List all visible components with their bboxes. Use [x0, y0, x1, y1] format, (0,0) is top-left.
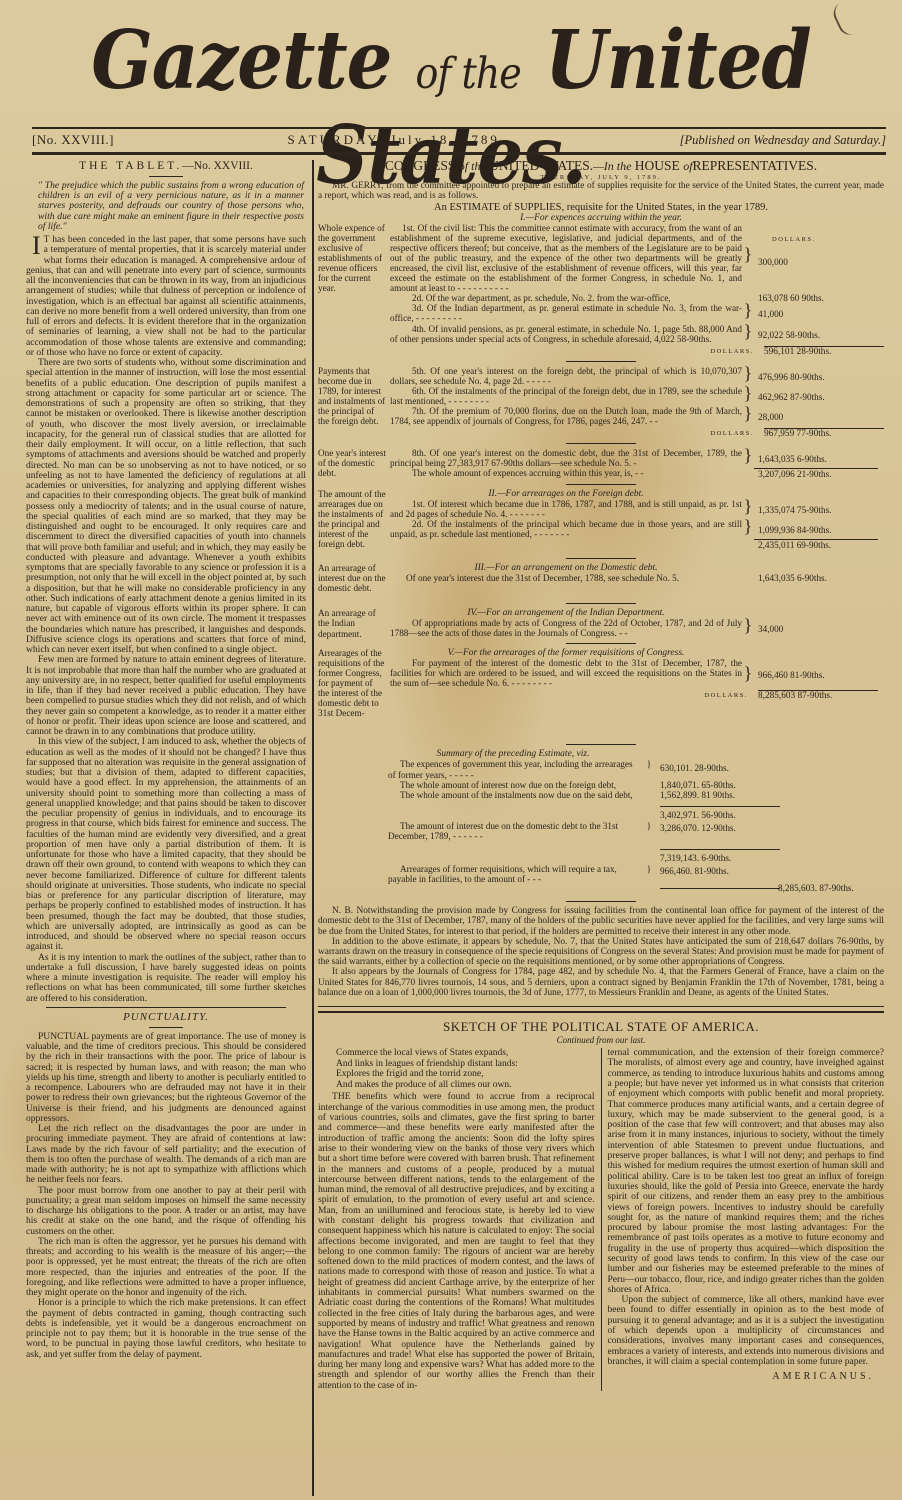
brace-icon: }	[638, 864, 660, 885]
amount-value: 300,000	[758, 257, 878, 267]
margin-note: Payments that become due in 1789, for in…	[318, 366, 390, 427]
estimate-group: An arrearage of interest due on the dome…	[318, 563, 884, 593]
estimate-item: Of one year's interest due the 31st of D…	[390, 573, 878, 583]
divider	[566, 558, 636, 559]
summary-row: Arrearages of former requisitions, which…	[388, 864, 828, 885]
estimate-item: 5th. Of one year's interest on the forei…	[390, 366, 878, 386]
margin-note: One year's interest of the domestic debt…	[318, 448, 390, 479]
verse-line: Explores the frigid and the torrid zone,	[318, 1069, 595, 1080]
verse-line: Commerce the local views of States expan…	[318, 1048, 595, 1059]
margin-note: Whole expence of the government exclusiv…	[318, 223, 390, 344]
heading-part: of	[683, 159, 692, 173]
summary-row: The whole amount of interest now due on …	[388, 780, 828, 790]
summary-amount: 3,402,971. 56-90ths.	[660, 806, 780, 820]
grand-total-row: DOLLARS. 8,285,603 87-90ths.	[390, 690, 878, 701]
summary-text-spacer	[388, 888, 638, 889]
estimate-item: 3d. Of the Indian department, as pr. gen…	[390, 303, 878, 323]
item-text: 7th. Of the premium of 70,000 florins, d…	[390, 406, 742, 426]
section-rule	[318, 1006, 884, 1013]
summary-row: The expences of government this year, in…	[388, 759, 828, 780]
brace-icon: }	[742, 406, 754, 426]
brace-icon: }	[742, 448, 754, 468]
heading-part: REPRESENTATIVES.	[693, 158, 818, 173]
summary-grand-total: 8,285,603. 87-90ths.	[778, 883, 854, 893]
estimate-item: 2,435,011 69-90ths.	[390, 539, 878, 550]
brace-spacer	[638, 849, 660, 863]
item-amount: DOLLARS. 300,000	[754, 223, 878, 294]
summary-amount: 3,286,070. 12-90ths.	[660, 821, 780, 842]
item-text: 1st. Of interest which became due in 178…	[390, 499, 742, 519]
brace-icon: }	[638, 759, 660, 780]
dollars-label: DOLLARS.	[704, 692, 748, 699]
tablet-number: —No. XXVIII.	[182, 160, 253, 172]
heading-part: CONGRESS	[385, 158, 456, 173]
summary-text: The amount of interest due on the domest…	[388, 821, 638, 842]
estimate-item: For payment of the interest of the domes…	[390, 658, 878, 688]
estimate-item: 2d. Of the war department, as pr. schedu…	[390, 293, 878, 303]
item-amount: 476,996 80-90ths.	[754, 366, 878, 386]
brace-spacer	[638, 780, 660, 790]
estimate-item: Of appropriations made by acts of Congre…	[390, 618, 878, 638]
brace-icon: }	[742, 324, 754, 344]
tablet-heading: THE TABLET.—No. XXVIII.	[26, 160, 306, 172]
estimate-group: Payments that become due in 1789, for in…	[318, 366, 884, 427]
item-amount: 163,078 60 90ths.	[754, 293, 878, 303]
masthead-rule-top	[32, 127, 886, 129]
summary-amount: 1,562,899. 81 90ths.	[660, 790, 780, 800]
divider	[566, 361, 636, 362]
summary-total-row: 8,285,603. 87-90ths.	[388, 888, 828, 889]
title-gazette: Gazette	[91, 12, 391, 107]
summary-amount: 966,460. 81-90ths.	[660, 864, 780, 885]
summary-text-spacer	[388, 806, 638, 820]
issue-date: SATURDAY, July 18, 1789.	[287, 132, 506, 148]
item-text: 1st. Of the civil list: This the committ…	[390, 223, 742, 294]
estimate-group: One year's interest of the domestic debt…	[318, 448, 884, 479]
divider	[149, 176, 183, 177]
column-divider	[601, 1048, 602, 1391]
estimate-group: Arrearages of the requisitions of the fo…	[318, 648, 884, 719]
publication-schedule: [Published on Wednesday and Saturday.]	[680, 133, 886, 148]
estimate-group: An arrearage of the Indian department. I…	[318, 608, 884, 638]
summary-row: 3,402,971. 56-90ths.	[388, 806, 828, 820]
brace-spacer	[638, 790, 660, 800]
item-amount: 3,207,096 21-90ths.	[754, 468, 878, 479]
brace-icon: }	[638, 821, 660, 842]
section-heading: II.—For arrearages on the Foreign debt.	[390, 489, 742, 499]
tablet-paragraph: Few men are formed by nature to attain e…	[26, 655, 306, 737]
sketch-columns: Commerce the local views of States expan…	[318, 1048, 884, 1391]
brace-icon: }	[742, 658, 754, 688]
item-text: 8th. Of one year's interest on the domes…	[390, 448, 742, 468]
estimate-item: 1st. Of the civil list: This the committ…	[390, 223, 878, 294]
sketch-subheading: Continued from our last.	[318, 1035, 884, 1045]
estimate-title: An ESTIMATE of SUPPLIES, requisite for t…	[318, 202, 884, 213]
issue-number: [No. XXVIII.]	[32, 132, 114, 148]
item-amount: 2,435,011 69-90ths.	[754, 539, 878, 550]
dollars-label: DOLLARS.	[710, 348, 754, 355]
tablet-paragraph: IT has been conceded in the last paper, …	[26, 235, 306, 358]
summary-amount: 7,319,143. 6-90ths.	[660, 849, 780, 863]
summary-row: The amount of interest due on the domest…	[388, 821, 828, 842]
estimate-item: 4th. Of invalid pensions, as pr. general…	[390, 324, 878, 344]
section-heading: IV.—For an arrangement of the Indian Dep…	[390, 608, 742, 618]
divider	[566, 901, 636, 902]
summary-row: 7,319,143. 6-90ths.	[388, 849, 828, 863]
tablet-paragraph: As it is my intention to mark the outlin…	[26, 953, 306, 1004]
note-paragraph: N. B. Notwithstanding the provision made…	[318, 906, 884, 937]
margin-note: An arrearage of interest due on the dome…	[318, 563, 390, 593]
item-amount: 41,000	[754, 303, 878, 323]
brace-spacer	[742, 573, 754, 583]
tablet-epigraph: " The prejudice which the public sustain…	[26, 181, 306, 232]
item-amount: 1,643,035 6-90ths.	[754, 448, 878, 468]
item-amount: 92,022 58-90ths.	[754, 324, 878, 344]
summary-text: The whole amount of the instalments now …	[388, 790, 638, 800]
summary-text-spacer	[388, 849, 638, 863]
divider	[566, 443, 636, 444]
right-column: CONGRESS of the UNITED STATES.—In the HO…	[318, 158, 884, 1391]
estimate-group: The amount of the arrearages due on the …	[318, 489, 884, 550]
divider	[566, 603, 636, 604]
sketch-paragraph: THE benefits which were found to accrue …	[318, 1092, 595, 1391]
item-amount: 462,962 87-90ths.	[754, 386, 878, 406]
section-heading: V.—For the arrearages of the former requ…	[390, 648, 742, 658]
subtotal-row: DOLLARS. 967,959 77-90ths.	[318, 428, 884, 439]
item-text: Of one year's interest due the 31st of D…	[390, 573, 742, 583]
divider	[566, 744, 636, 745]
item-amount: 28,000	[754, 406, 878, 426]
grand-total-amount: 8,285,603 87-90ths.	[758, 690, 878, 701]
punctuality-paragraph: Honor is a principle to which the rich m…	[26, 1298, 306, 1360]
tablet-paragraph: In this view of the subject, I am induce…	[26, 737, 306, 952]
brace-spacer	[638, 806, 660, 820]
brace-icon: }	[742, 618, 754, 638]
divider	[566, 484, 636, 485]
divider	[149, 1027, 183, 1028]
summary-total-line: 8,285,603. 87-90ths.	[660, 888, 780, 889]
punctuality-paragraph: The rich man is often the aggressor, yet…	[26, 1237, 306, 1299]
estimate-item: 6th. Of the instalments of the principal…	[390, 386, 878, 406]
item-text: The whole amount of expences accruing wi…	[390, 468, 742, 479]
item-text: 5th. Of one year's interest on the forei…	[390, 366, 742, 386]
masthead-rule-bottom	[32, 152, 886, 155]
heading-part: UNITED STATES.	[489, 158, 593, 173]
note-paragraph: It also appears by the Journals of Congr…	[318, 967, 884, 998]
dollars-label: DOLLARS.	[772, 235, 878, 245]
brace-icon: }	[742, 223, 754, 294]
summary-amount: 630,101. 28-90ths.	[660, 759, 780, 780]
summary-table: Summary of the preceding Estimate, viz. …	[388, 749, 828, 889]
sketch-left-column: Commerce the local views of States expan…	[318, 1048, 595, 1391]
summary-text: The expences of government this year, in…	[388, 759, 638, 780]
summary-amount: 1,840,071. 65-80ths.	[660, 780, 780, 790]
title-of-the: of the	[416, 49, 521, 98]
brace-spacer	[742, 539, 754, 550]
sketch-right-column: ternal communication, and the extension …	[608, 1048, 885, 1391]
summary-row: The whole amount of the instalments now …	[388, 790, 828, 800]
divider	[46, 1007, 286, 1008]
estimate-item: 7th. Of the premium of 70,000 florins, d…	[390, 406, 878, 426]
item-amount: 1,099,936 84-90ths.	[754, 519, 878, 539]
sketch-paragraph: Upon the subject of commerce, like all o…	[608, 1295, 885, 1367]
paragraph-text: T has been conceded in the last paper, t…	[26, 234, 306, 358]
congress-intro: MR. GERRY, from the committee appointed …	[318, 181, 884, 202]
author-signature: AMERICANUS.	[608, 1371, 885, 1382]
sketch-paragraph: ternal communication, and the extension …	[608, 1048, 885, 1295]
sketch-heading: SKETCH OF THE POLITICAL STATE OF AMERICA…	[318, 1019, 884, 1035]
verse-line: And makes the produce of all climes our …	[318, 1080, 595, 1091]
estimate-item: 2d. Of the instalments of the principal …	[390, 519, 878, 539]
punctuality-paragraph: PUNCTUAL payments are of great importanc…	[26, 1032, 306, 1124]
summary-text: Arrearages of former requisitions, which…	[388, 864, 638, 885]
tablet-title: THE TABLET.	[79, 160, 182, 172]
item-amount: 1,335,074 75-90ths.	[754, 499, 878, 519]
punctuality-paragraph: The poor must borrow from one another to…	[26, 1186, 306, 1237]
note-paragraph: In addition to the above estimate, it ap…	[318, 937, 884, 968]
tablet-paragraph: There are two sorts of students who, wit…	[26, 358, 306, 655]
item-amount: 1,643,035 6-90ths.	[754, 573, 878, 583]
drop-cap: I	[32, 235, 41, 257]
item-text: For payment of the interest of the domes…	[390, 658, 742, 688]
punctuality-heading: PUNCTUALITY.	[26, 1011, 306, 1023]
margin-note: The amount of the arrearages due on the …	[318, 489, 390, 550]
estimate-item: The whole amount of expences accruing wi…	[390, 468, 878, 479]
item-text: 6th. Of the instalments of the principal…	[390, 386, 742, 406]
estimate-item: 8th. Of one year's interest on the domes…	[390, 448, 878, 468]
brace-icon: }	[742, 519, 754, 539]
masthead: Gazette of the United States.	[0, 0, 902, 128]
subtotal-amount: 596,101 28-90ths.	[764, 346, 884, 357]
congress-date: THURSDAY, JULY 9, 1789.	[318, 174, 884, 181]
summary-heading: Summary of the preceding Estimate, viz.	[388, 749, 638, 759]
summary-text: The whole amount of interest now due on …	[388, 780, 638, 790]
item-text: 2d. Of the war department, as pr. schedu…	[390, 293, 742, 303]
estimate-item: 1st. Of interest which became due in 178…	[390, 499, 878, 519]
item-amount: 966,460 81-90ths.	[754, 658, 878, 688]
left-column: THE TABLET.—No. XXVIII. " The prejudice …	[26, 160, 306, 1360]
brace-spacer	[638, 888, 660, 889]
item-text: 2d. Of the instalments of the principal …	[390, 519, 742, 539]
item-amount: 34,000	[754, 618, 878, 638]
divider	[566, 643, 636, 644]
item-text: 3d. Of the Indian department, as pr. gen…	[390, 303, 742, 323]
heading-part: —In the	[593, 159, 631, 173]
subtotal-row: DOLLARS. 596,101 28-90ths.	[318, 346, 884, 357]
margin-note: An arrearage of the Indian department.	[318, 608, 390, 638]
item-text: 4th. Of invalid pensions, as pr. general…	[390, 324, 742, 344]
congress-heading: CONGRESS of the UNITED STATES.—In the HO…	[318, 158, 884, 174]
dollars-label: DOLLARS.	[710, 430, 754, 437]
heading-part: of the	[459, 159, 486, 173]
brace-spacer	[742, 468, 754, 479]
verse-line: And links in leagues of friendship dista…	[318, 1059, 595, 1070]
margin-note: Arrearages of the requisitions of the fo…	[318, 648, 390, 719]
item-text: Of appropriations made by acts of Congre…	[390, 618, 742, 638]
subtotal-amount: 967,959 77-90ths.	[764, 428, 884, 439]
dateline: [No. XXVIII.] SATURDAY, July 18, 1789. […	[32, 131, 886, 149]
heading-part: HOUSE	[635, 158, 680, 173]
section-heading: I.—For expences accruing within the year…	[318, 213, 884, 223]
punctuality-paragraph: Let the rich reflect on the disadvantage…	[26, 1124, 306, 1186]
column-divider	[312, 160, 314, 1496]
item-text-spacer	[390, 539, 742, 550]
section-heading: III.—For an arrangement on the Domestic …	[390, 563, 742, 573]
estimate-group: Whole expence of the government exclusiv…	[318, 223, 884, 344]
